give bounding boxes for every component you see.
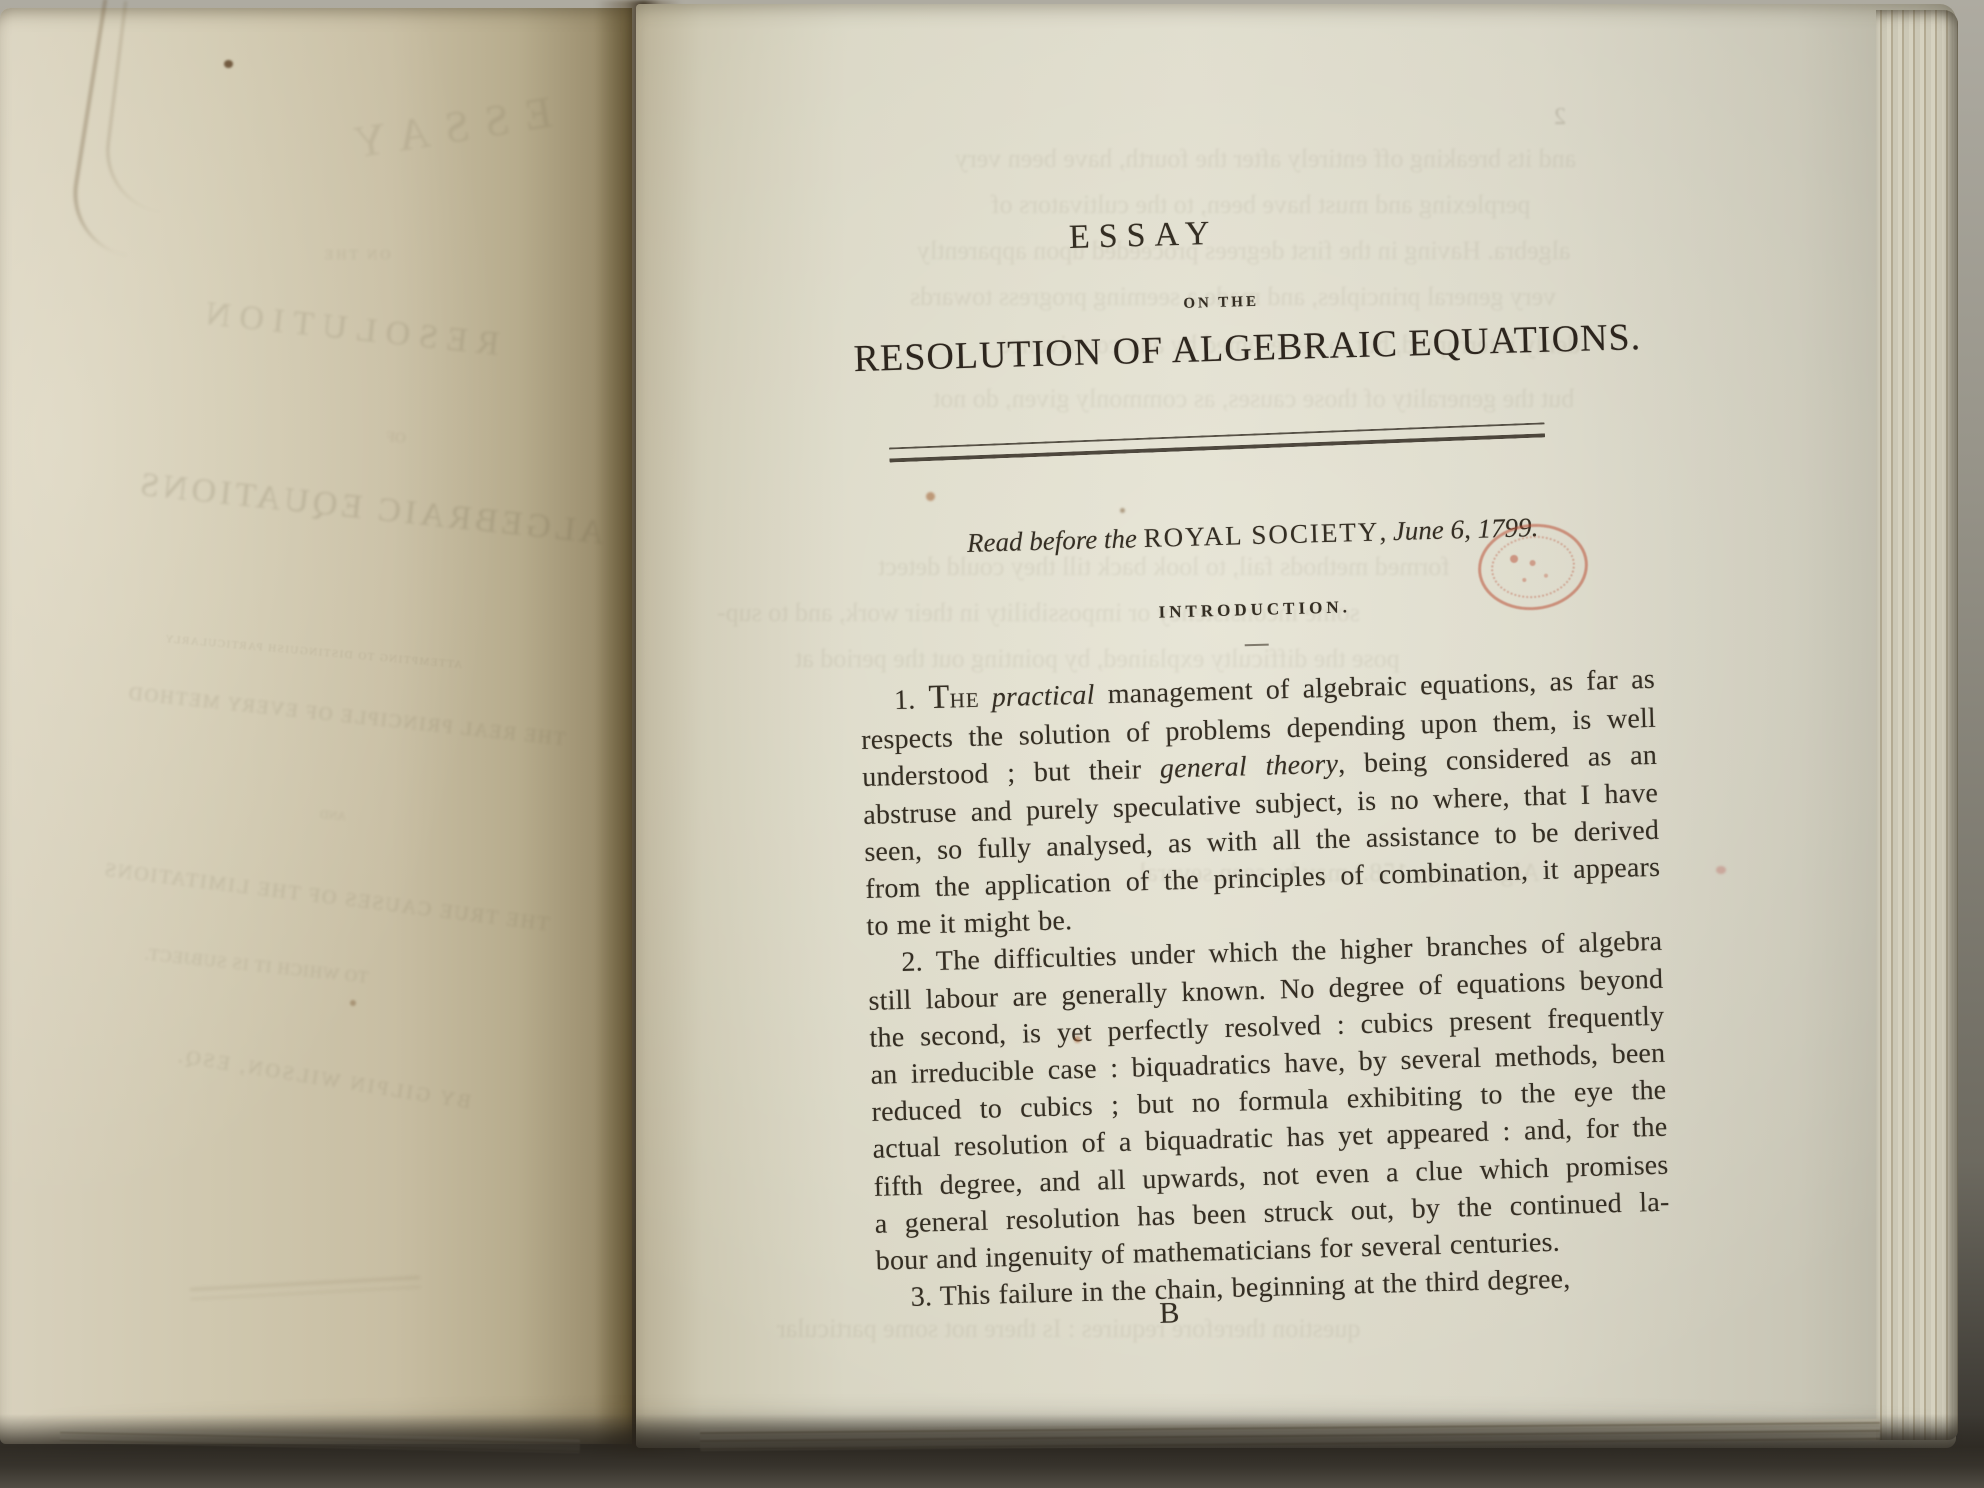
body-text: 1. THE practical management of algebraic… (860, 661, 1672, 1317)
main-title: RESOLUTION OF ALGEBRAIC EQUATIONS. (822, 314, 1673, 382)
ghost-principle-line: THE REAL PRINCIPLE OF EVERY METHOD (66, 677, 625, 757)
ghost-of: OF (355, 427, 436, 451)
foxing-spot (1120, 508, 1125, 513)
book-photo: ESSAY ON THE RESOLUTION OF ALGEBRAIC EQU… (0, 0, 1984, 1488)
ghost-author-line: BY GILPIN WILSON, ESQ. (94, 1032, 552, 1127)
ghost-and: AND (292, 805, 373, 827)
ghost-on-the: ON THE (256, 248, 456, 264)
foxing-spot (1716, 866, 1726, 874)
foxing-spot (224, 60, 233, 68)
ghost-essay-title: ESSAY (303, 81, 588, 175)
royal-society-label: ROYAL SOCIETY (1143, 516, 1380, 553)
section-divider (1245, 644, 1269, 647)
ghost-subject-line: TO WHICH IT IS SUBJECT. (96, 939, 416, 992)
ghost-page-number: 2 (1554, 104, 1566, 131)
foxing-spot (1074, 1036, 1081, 1043)
left-page-showthrough: ESSAY ON THE RESOLUTION OF ALGEBRAIC EQU… (20, 38, 580, 1388)
ghost-resolution: RESOLUTION (107, 285, 588, 373)
read-before-prefix: Read before the (967, 523, 1144, 558)
foxing-spot (350, 1000, 356, 1006)
ghost-attempting-line: ATTEMPTING TO DISTINGUISH PARTICULARLY (98, 627, 527, 676)
ghost-equations: ALGEBRAIC EQUATIONS (80, 460, 661, 558)
ghost-causes-line: THE TRUE CAUSES OF THE LIMITATIONS (37, 851, 615, 945)
background-surface (0, 1414, 1984, 1488)
on-the-label: ON THE (881, 285, 1561, 321)
double-rule (889, 422, 1545, 462)
essay-heading: ESSAY (819, 208, 1460, 264)
page-edges-right (1876, 10, 1958, 1440)
left-page: ESSAY ON THE RESOLUTION OF ALGEBRAIC EQU… (0, 8, 632, 1444)
foxing-spot (926, 492, 935, 501)
printed-text: ESSAY ON THE RESOLUTION OF ALGEBRAIC EQU… (817, 136, 1702, 1429)
